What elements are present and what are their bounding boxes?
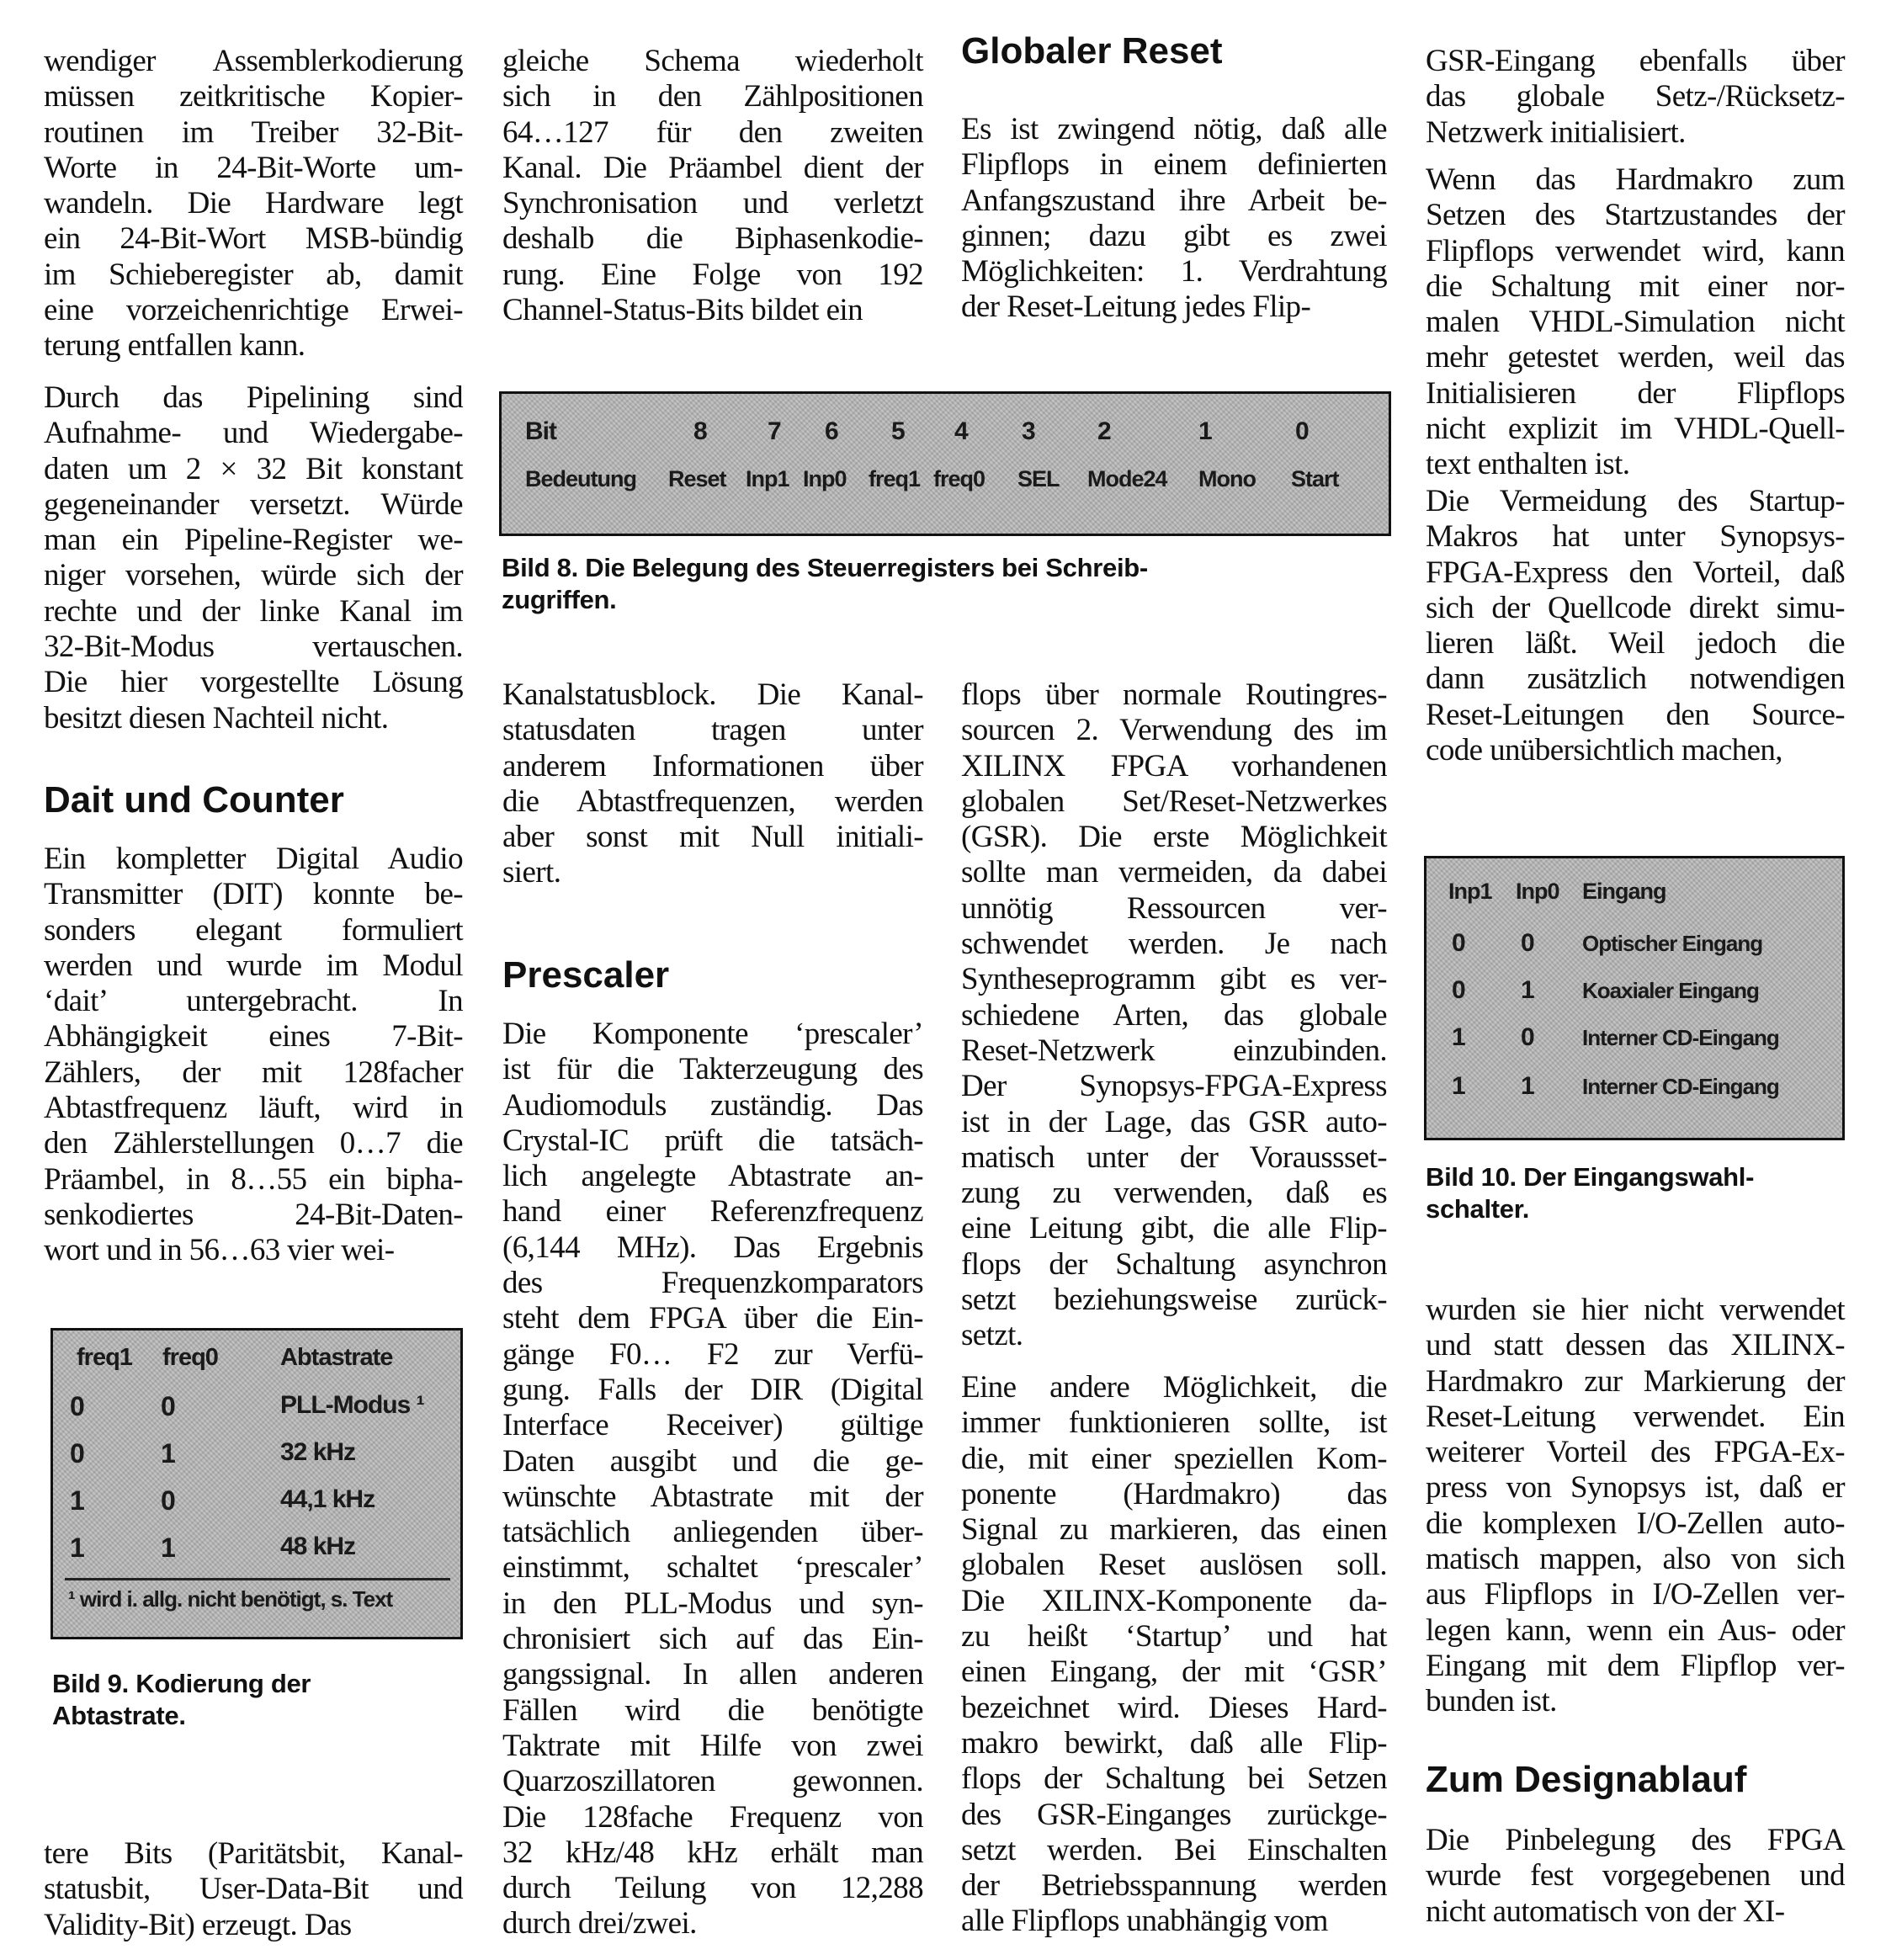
fig8-meaning-label: Bedeutung [525,466,636,492]
text-line: 32 kHz/48 kHz erhält man [502,1835,923,1871]
text-line: Fällen wird die benötigte [502,1693,923,1729]
col3-paragraph-1: Es ist zwingend nötig, daß alleFlipflops… [961,112,1387,326]
text-line: nicht explizit im VHDL-Quell- [1426,412,1845,447]
fig10-row2-eingang: Koaxialer Eingang [1582,978,1759,1004]
text-line: Validity-Bit) erzeugt. Das [44,1908,463,1943]
fig10-row4-eingang: Interner CD-Eingang [1582,1074,1779,1100]
heading-zum-designablauf: Zum Designablauf [1426,1759,1746,1801]
fig8-inp0: Inp0 [803,466,847,492]
text-line: Signal zu markieren, das einen [961,1512,1387,1548]
fig8-bit-7: 7 [768,417,781,446]
text-line: bunden ist. [1426,1684,1845,1719]
text-line: Ein kompletter Digital Audio [44,842,463,877]
text-line: Die Vermeidung des Startup- [1426,484,1845,519]
text-line: Aufnahme- und Wiedergabe- [44,416,463,451]
text-line: Reset-Leitung verwendet. Ein [1426,1400,1845,1435]
text-line: müssen zeitkritische Kopier- [44,79,463,114]
fig9-caption: Bild 9. Kodierung der Abtastrate. [52,1668,456,1732]
text-line: FPGA-Express den Vorteil, daß [1426,555,1845,591]
fig9-row3-freq1: 1 [70,1485,84,1516]
text-line: malen VHDL-Simulation nicht [1426,305,1845,340]
text-line: ponente (Hardmakro) das [961,1477,1387,1512]
text-line: zung zu verwenden, daß es [961,1176,1387,1211]
text-line: im Schieberegister ab, damit [44,258,463,293]
text-line: alle Flipflops unabhängig vom [961,1904,1387,1939]
text-line: Kanal. Die Präambel dient der [502,151,923,186]
text-line: weiterer Vorteil des FPGA-Ex- [1426,1435,1845,1470]
text-line: Abtastfrequenz läuft, wird in [44,1091,463,1126]
col4-paragraph-2: Wenn das Hardmakro zumSetzen des Startzu… [1426,162,1845,483]
text-line: Die hier vorgestellte Lösung [44,665,463,700]
text-line: Interface Receiver) gültige [502,1408,923,1443]
text-line: besitzt diesen Nachteil nicht. [44,701,463,736]
fig10-row2-inp1: 0 [1452,976,1465,1005]
fig9-row2-rate: 32 kHz [280,1438,355,1467]
text-line: deshalb die Biphasenkodie- [502,221,923,257]
text-line: Reset-Leitungen den Source- [1426,698,1845,733]
fig10-caption-line1: Bild 10. Der Eingangswahl- [1426,1161,1846,1193]
text-line: steht dem FPGA über die Ein- [502,1301,923,1336]
text-line: setzt. [961,1318,1387,1353]
text-line: makro bewirkt, daß alle Flip- [961,1726,1387,1761]
text-line: des GSR-Einganges zurückge- [961,1798,1387,1833]
text-line: Anfangszustand ihre Arbeit be- [961,183,1387,219]
fig8-bit-1: 1 [1198,417,1212,446]
text-line: Audiomoduls zuständig. Das [502,1088,923,1123]
fig8-caption: Bild 8. Die Belegung des Steuerregisters… [502,552,1394,616]
fig8-freq0: freq0 [933,466,985,492]
fig8-bit-4: 4 [954,417,968,446]
text-line: ein 24-Bit-Wort MSB-bündig [44,221,463,257]
text-line: Es ist zwingend nötig, daß alle [961,112,1387,147]
text-line: ‘dait’ untergebracht. In [44,984,463,1019]
text-line: Durch das Pipelining sind [44,380,463,416]
text-line: Die Pinbelegung des FPGA [1426,1823,1845,1858]
col4-paragraph-5: Die Pinbelegung des FPGAwurde fest vorge… [1426,1823,1845,1930]
col2-paragraph-1: gleiche Schema wiederholtsich in den Zäh… [502,44,923,328]
text-line: die Abtastfrequenzen, werden [502,784,923,820]
text-line: text enthalten ist. [1426,447,1845,482]
fig10-row1-eingang: Optischer Eingang [1582,931,1762,957]
col1-paragraph-4: tere Bits (Paritätsbit, Kanal-statusbit,… [44,1836,463,1943]
fig9-header-freq1: freq1 [77,1344,132,1372]
text-line: der Betriebsspannung werden [961,1868,1387,1904]
text-line: sonders elegant formuliert [44,913,463,948]
fig8-row-bits: Bit 8 7 6 5 4 3 2 1 0 [525,417,1355,451]
fig9-row4-freq1: 1 [70,1532,84,1564]
text-line: Abhängigkeit eines 7-Bit- [44,1019,463,1054]
text-line: tere Bits (Paritätsbit, Kanal- [44,1836,463,1872]
fig10-row4-inp0: 1 [1521,1072,1534,1101]
heading-prescaler: Prescaler [502,954,669,996]
text-line: Daten ausgibt und die ge- [502,1444,923,1479]
text-line: flops der Schaltung asynchron [961,1247,1387,1283]
text-line: sich der Quellcode direkt simu- [1426,591,1845,626]
text-line: globalen Reset auslösen soll. [961,1548,1387,1583]
text-line: Channel-Status-Bits bildet ein [502,293,923,328]
fig9-row1-freq1: 0 [70,1391,84,1422]
text-line: wünschte Abtastrate mit der [502,1479,923,1515]
text-line: bezeichnet wird. Dieses Hard- [961,1691,1387,1726]
text-line: zu heißt ‘Startup’ und hat [961,1619,1387,1655]
text-line: die Schaltung mit einer nor- [1426,269,1845,305]
text-line: GSR-Eingang ebenfalls über [1426,44,1845,79]
col3-paragraph-2: flops über normale Routingres-sourcen 2.… [961,677,1387,1354]
col4-paragraph-1: GSR-Eingang ebenfalls überdas globale Se… [1426,44,1845,151]
text-line: Quarzoszillatoren gewonnen. [502,1764,923,1799]
text-line: gleiche Schema wiederholt [502,44,923,79]
text-line: Synchronisation und verletzt [502,186,923,221]
text-line: gung. Falls der DIR (Digital [502,1373,923,1408]
fig10-caption-line2: schalter. [1426,1193,1846,1225]
text-line: die komplexen I/O-Zellen auto- [1426,1506,1845,1542]
fig10-header-eingang: Eingang [1582,879,1666,905]
text-line: flops der Schaltung bei Setzen [961,1761,1387,1797]
fig10-row3-inp0: 0 [1521,1023,1534,1052]
fig9-row4-rate: 48 kHz [280,1532,355,1561]
text-line: Eingang mit dem Flipflop ver- [1426,1649,1845,1684]
fig9-row2-freq0: 1 [161,1438,175,1469]
text-line: 64…127 für den zweiten [502,115,923,151]
text-line: Kanalstatusblock. Die Kanal- [502,677,923,713]
col4-paragraph-4: wurden sie hier nicht verwendetund statt… [1426,1293,1845,1720]
fig9-header-abtastrate: Abtastrate [280,1344,392,1372]
fig8-bit-8: 8 [693,417,707,446]
fig8-bit-label: Bit [525,417,556,446]
text-line: Transmitter (DIT) konnte be- [44,877,463,912]
text-line: ist für die Takterzeugung des [502,1052,923,1087]
text-line: (6,144 MHz). Das Ergebnis [502,1230,923,1266]
text-line: durch drei/zwei. [502,1906,923,1941]
text-line: in den PLL-Modus und syn- [502,1586,923,1622]
text-line: gegeneinander versetzt. Würde [44,487,463,523]
text-line: die, mit einer speziellen Kom- [961,1442,1387,1477]
text-line: (GSR). Die erste Möglichkeit [961,820,1387,855]
fig10-row1-inp0: 0 [1521,929,1534,958]
text-line: flops über normale Routingres- [961,677,1387,713]
text-line: Wenn das Hardmakro zum [1426,162,1845,198]
fig8-freq1: freq1 [869,466,920,492]
fig9-row3-rate: 44,1 kHz [280,1485,375,1514]
text-line: Hardmakro zur Markierung der [1426,1364,1845,1400]
text-line: tatsächlich anliegenden über- [502,1515,923,1550]
text-line: werden und wurde im Modul [44,948,463,984]
text-line: unnötig Ressourcen ver- [961,891,1387,927]
figure-9-sample-rate-table: freq1 freq0 Abtastrate 0 0 PLL-Modus ¹ 0… [50,1328,463,1639]
text-line: wendiger Assemblerkodierung [44,44,463,79]
text-line: eine vorzeichenrichtige Erwei- [44,293,463,328]
text-line: Crystal-IC prüft die tatsäch- [502,1123,923,1159]
text-line: Präambel, in 8…55 ein bipha- [44,1162,463,1198]
text-line: wort und in 56…63 vier wei- [44,1233,463,1268]
text-line: terung entfallen kann. [44,328,463,364]
fig9-footnote: ¹ wird i. allg. nicht benötigt, s. Text [68,1586,392,1612]
col1-paragraph-3: Ein kompletter Digital AudioTransmitter … [44,842,463,1269]
heading-globaler-reset: Globaler Reset [961,30,1223,72]
fig8-mode24: Mode24 [1087,466,1167,492]
fig9-caption-line1: Bild 9. Kodierung der [52,1668,456,1700]
text-line: durch Teilung von 12,288 [502,1871,923,1906]
text-line: chronisiert sich auf das Ein- [502,1622,923,1657]
text-line: Initialisieren der Flipflops [1426,376,1845,412]
text-line: das globale Setz-/Rücksetz- [1426,79,1845,114]
text-line: siert. [502,855,923,890]
text-line: aber sonst mit Null initiali- [502,820,923,855]
text-line: aus Flipflops in I/O-Zellen ver- [1426,1577,1845,1612]
fig8-mono: Mono [1198,466,1256,492]
fig9-footnote-divider [65,1578,450,1580]
fig10-header-inp1: Inp1 [1448,879,1492,905]
text-line: sollte man vermeiden, da dabei [961,855,1387,890]
text-line: Syntheseprogramm gibt es ver- [961,962,1387,997]
text-line: hand einer Referenzfrequenz [502,1194,923,1230]
text-line: wurde fest vorgegebenen und [1426,1858,1845,1894]
text-line: Makros hat unter Synopsys- [1426,519,1845,555]
figure-8-control-register: Bit 8 7 6 5 4 3 2 1 0 Bedeutung Reset In… [499,391,1391,536]
text-line: gänge F0… F2 zur Verfü- [502,1337,923,1373]
text-line: Worte in 24-Bit-Worte um- [44,151,463,186]
text-line: sich in den Zählpositionen [502,79,923,114]
text-line: Setzen des Startzustandes der [1426,198,1845,233]
text-line: eine Leitung gibt, die alle Flip- [961,1211,1387,1246]
text-line: matisch unter der Voraussset- [961,1140,1387,1176]
fig8-bit-0: 0 [1295,417,1309,446]
text-line: legen kann, wenn ein Aus- oder [1426,1613,1845,1649]
fig10-row4-inp1: 1 [1452,1072,1465,1101]
text-line: den Zählerstellungen 0…7 die [44,1126,463,1161]
text-line: sourcen 2. Verwendung des im [961,713,1387,748]
text-line: XILINX FPGA vorhandenen [961,749,1387,784]
text-line: anderem Informationen über [502,749,923,784]
heading-dait-und-counter: Dait und Counter [44,779,344,821]
text-line: Die 128fache Frequenz von [502,1800,923,1835]
text-line: dann zusätzlich notwendigen [1426,661,1845,697]
text-line: statusbit, User-Data-Bit und [44,1872,463,1907]
text-line: mehr getestet werden, weil das [1426,340,1845,375]
text-line: Die XILINX-Komponente da- [961,1584,1387,1619]
text-line: einen Eingang, der mit ‘GSR’ [961,1655,1387,1690]
col1-paragraph-1: wendiger Assemblerkodierungmüssen zeitkr… [44,44,463,364]
text-line: Taktrate mit Hilfe von zwei [502,1729,923,1764]
fig9-caption-line2: Abtastrate. [52,1700,456,1732]
text-line: setzt werden. Bei Einschalten [961,1833,1387,1868]
fig8-bit-6: 6 [825,417,838,446]
fig9-row3-freq0: 0 [161,1485,175,1516]
text-line: schwendet werden. Je nach [961,927,1387,962]
fig8-caption-line2: zugriffen. [502,584,1394,616]
text-line: setzt beziehungsweise zurück- [961,1283,1387,1318]
col4-paragraph-3: Die Vermeidung des Startup-Makros hat un… [1426,484,1845,768]
fig9-header-freq0: freq0 [162,1344,218,1372]
fig8-caption-line1: Bild 8. Die Belegung des Steuerregisters… [502,552,1394,584]
fig8-row-meaning: Bedeutung Reset Inp1 Inp0 freq1 freq0 SE… [525,466,1372,500]
text-line: Zählers, der mit 128facher [44,1055,463,1091]
fig10-row3-inp1: 1 [1452,1023,1465,1052]
fig8-bit-3: 3 [1022,417,1035,446]
text-line: 32-Bit-Modus vertauschen. [44,629,463,665]
fig8-sel: SEL [1017,466,1060,492]
text-line: Flipflops in einem definierten [961,147,1387,183]
fig8-start: Start [1291,466,1339,492]
text-line: Netzwerk initialisiert. [1426,115,1845,151]
text-line: immer funktionieren sollte, ist [961,1405,1387,1441]
col1-paragraph-2: Durch das Pipelining sindAufnahme- und W… [44,380,463,736]
text-line: wandeln. Die Hardware legt [44,186,463,221]
text-line: lieren läßt. Weil jedoch die [1426,626,1845,661]
figure-10-input-selector-table: Inp1 Inp0 Eingang 0 0 Optischer Eingang … [1424,856,1845,1140]
text-line: nicht automatisch von der XI- [1426,1894,1845,1930]
text-line: statusdaten tragen unter [502,713,923,748]
text-line: Die Komponente ‘prescaler’ [502,1017,923,1052]
fig8-reset: Reset [668,466,726,492]
text-line: Möglichkeiten: 1. Verdrahtung [961,254,1387,289]
text-line: Flipflops verwendet wird, kann [1426,234,1845,269]
text-line: gangssignal. In allen anderen [502,1657,923,1692]
fig9-row4-freq0: 1 [161,1532,175,1564]
fig10-header-inp0: Inp0 [1516,879,1559,905]
text-line: niger vorsehen, würde sich der [44,558,463,593]
text-line: und statt dessen das XILINX- [1426,1328,1845,1363]
text-line: ginnen; dazu gibt es zwei [961,219,1387,254]
col2-paragraph-2: Kanalstatusblock. Die Kanal-statusdaten … [502,677,923,891]
text-line: routinen im Treiber 32-Bit- [44,115,463,151]
text-line: matisch mappen, also von sich [1426,1542,1845,1577]
fig10-row1-inp1: 0 [1452,929,1465,958]
text-line: ist in der Lage, das GSR auto- [961,1105,1387,1140]
fig8-inp1: Inp1 [746,466,789,492]
fig9-row1-rate: PLL-Modus ¹ [280,1391,424,1420]
text-line: globalen Set/Reset-Netzwerkes [961,784,1387,820]
text-line: schiedene Arten, das globale [961,998,1387,1033]
text-line: press von Synopsys ist, daß er [1426,1470,1845,1506]
fig10-caption: Bild 10. Der Eingangswahl- schalter. [1426,1161,1846,1225]
text-line: Eine andere Möglichkeit, die [961,1370,1387,1405]
text-line: rung. Eine Folge von 192 [502,258,923,293]
text-line: daten um 2 × 32 Bit konstant [44,452,463,487]
text-line: des Frequenzkomparators [502,1266,923,1301]
text-line: man ein Pipeline-Register we- [44,523,463,558]
fig10-row2-inp0: 1 [1521,976,1534,1005]
text-line: wurden sie hier nicht verwendet [1426,1293,1845,1328]
text-line: lich angelegte Abtastrate an- [502,1159,923,1194]
text-line: Der Synopsys-FPGA-Express [961,1069,1387,1104]
text-line: code unübersichtlich machen, [1426,733,1845,768]
text-line: senkodiertes 24-Bit-Daten- [44,1198,463,1233]
fig9-row2-freq1: 0 [70,1438,84,1469]
col3-paragraph-3: Eine andere Möglichkeit, dieimmer funkti… [961,1370,1387,1940]
text-line: einstimmt, schaltet ‘prescaler’ [502,1550,923,1586]
fig8-bit-2: 2 [1097,417,1111,446]
text-line: rechte und der linke Kanal im [44,594,463,629]
fig10-row3-eingang: Interner CD-Eingang [1582,1025,1779,1051]
fig8-bit-5: 5 [891,417,905,446]
col2-paragraph-3: Die Komponente ‘prescaler’ist für die Ta… [502,1017,923,1942]
fig9-row1-freq0: 0 [161,1391,175,1422]
text-line: der Reset-Leitung jedes Flip- [961,289,1387,325]
text-line: Reset-Netzwerk einzubinden. [961,1033,1387,1069]
